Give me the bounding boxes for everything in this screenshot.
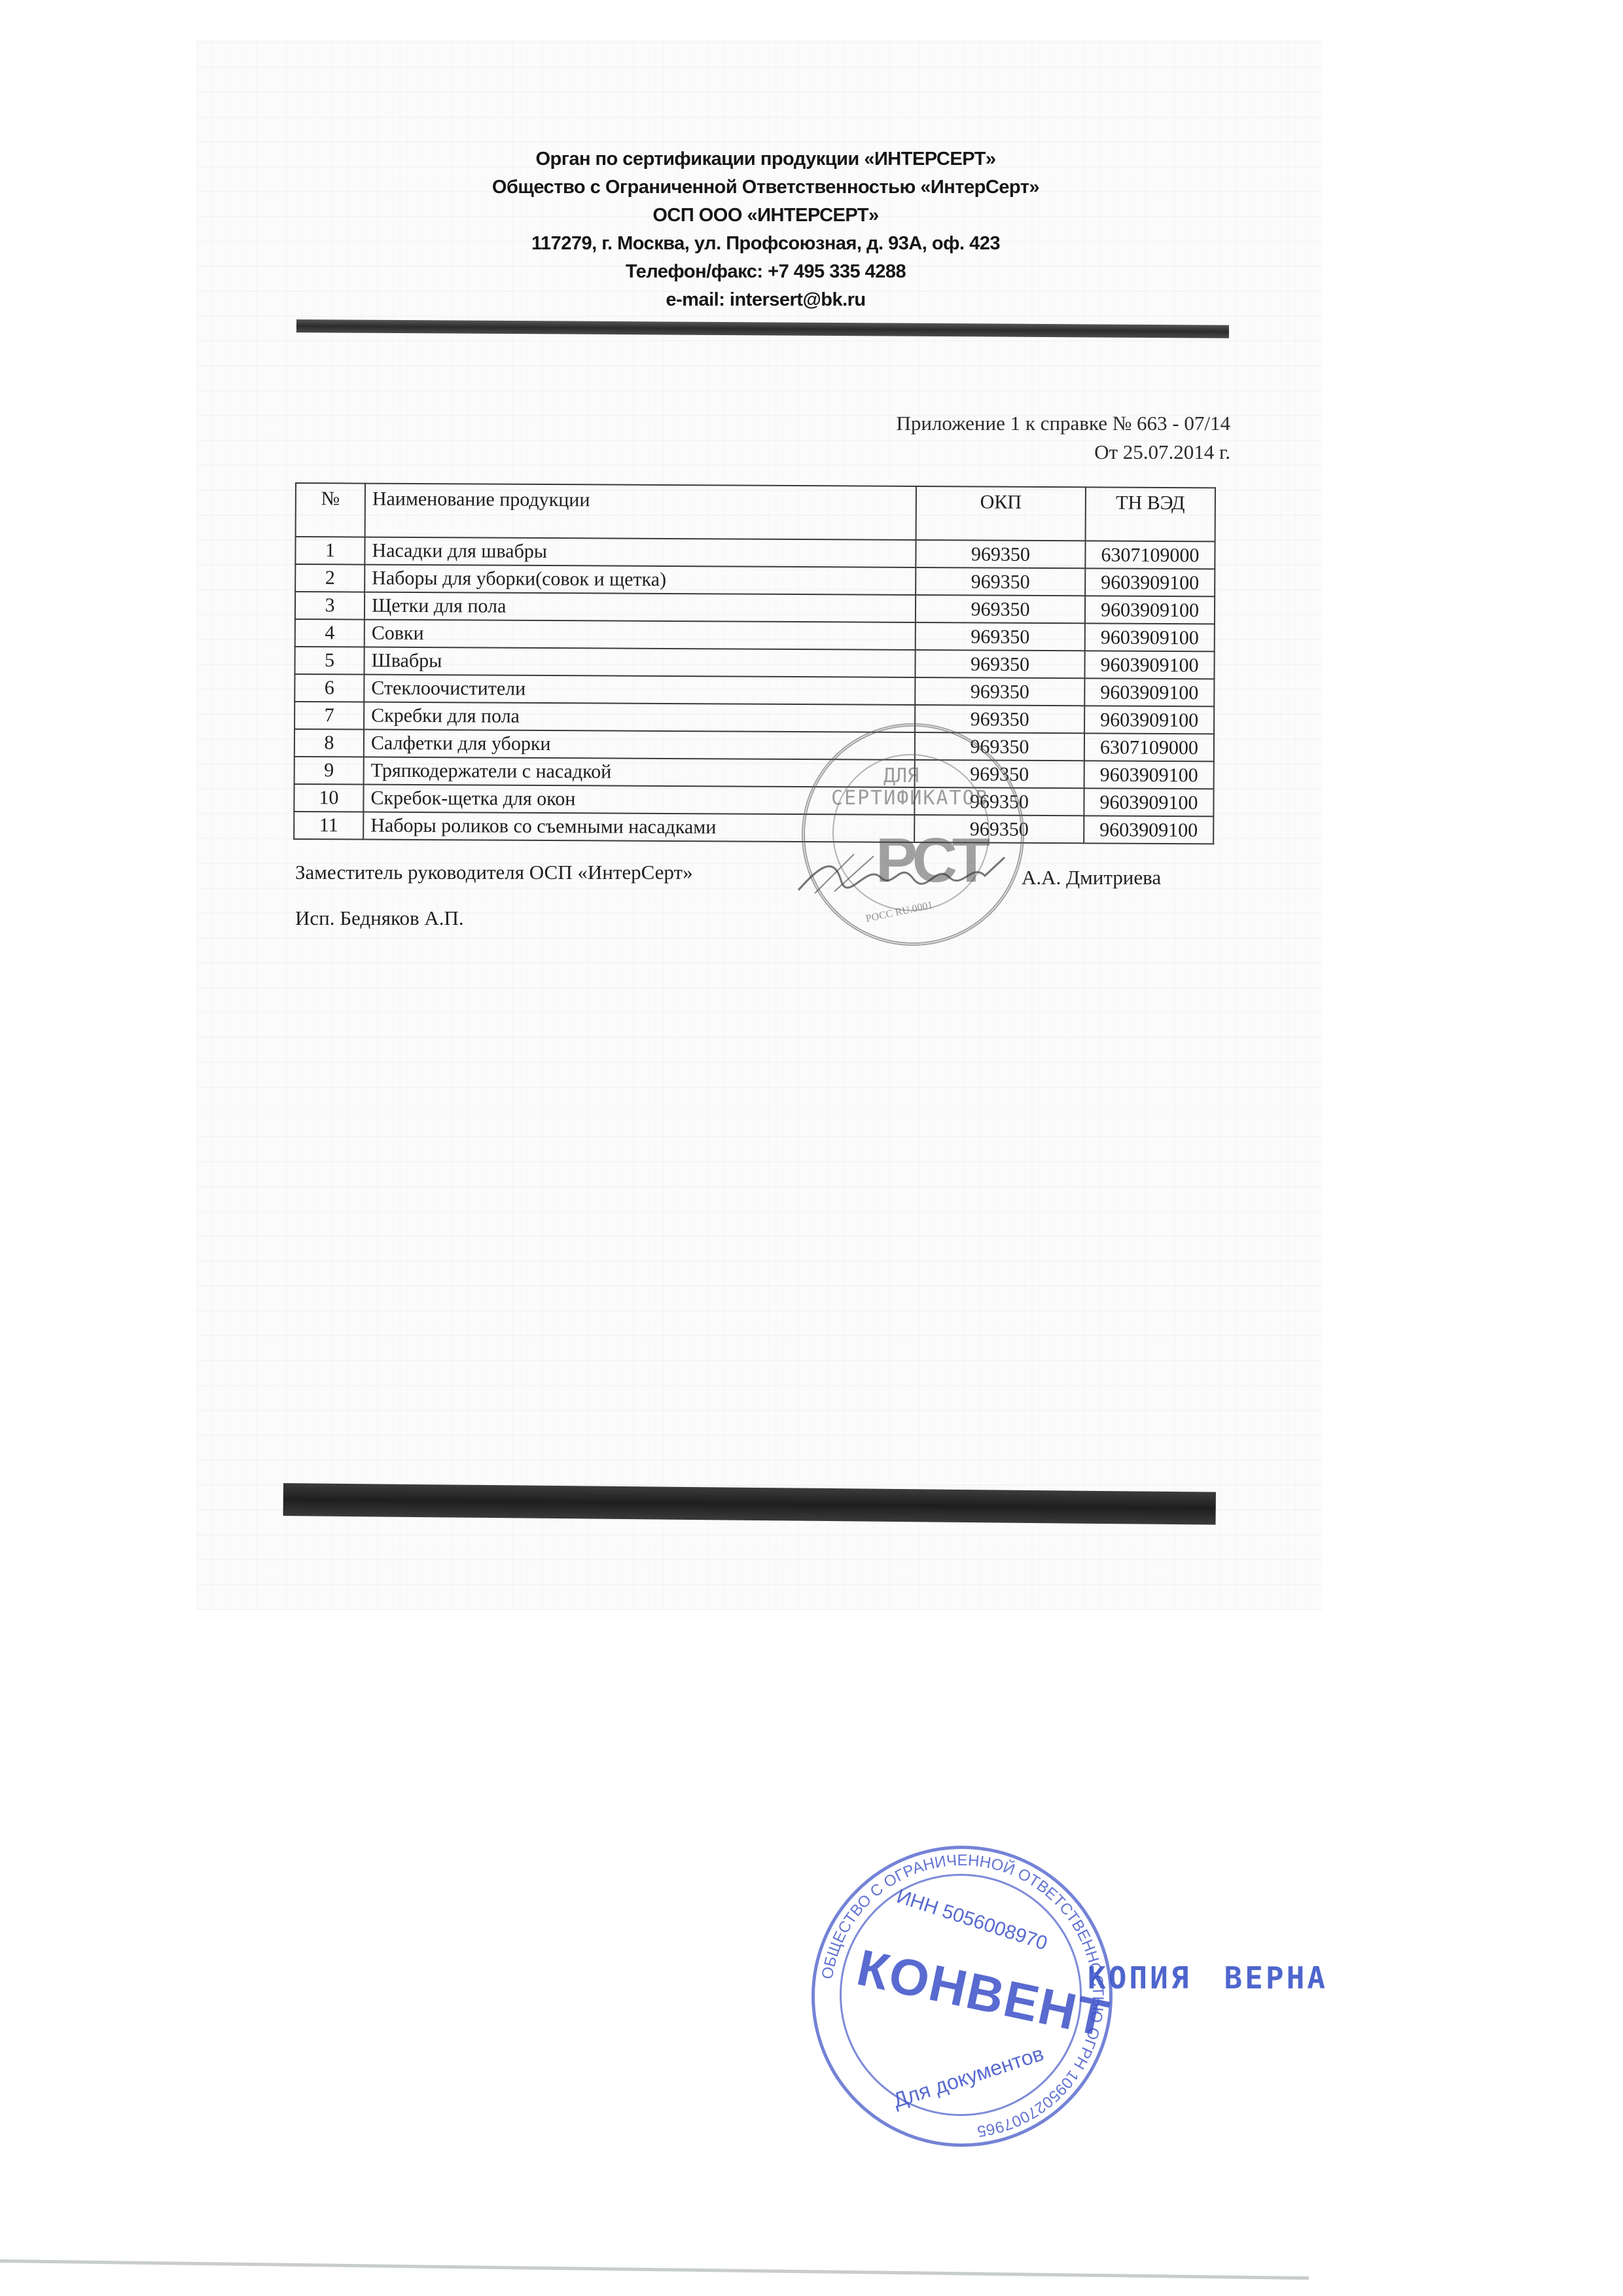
row-number: 8 (294, 729, 364, 757)
table-row: 5Швабры9693509603909100 (294, 647, 1214, 679)
tnved-code: 9603909100 (1085, 623, 1215, 651)
col-header-okp: ОКП (916, 486, 1086, 541)
row-number: 3 (295, 592, 365, 620)
row-number: 2 (295, 564, 365, 592)
products-table: № Наименование продукции ОКП ТН ВЭД 1Нас… (293, 482, 1216, 844)
executor: Исп. Бедняков А.П. (295, 906, 464, 930)
signatory-role: Заместитель руководителя ОСП «ИнтерСерт» (295, 861, 693, 884)
row-number: 11 (294, 812, 363, 840)
col-header-name: Наименование продукции (365, 484, 916, 540)
letterhead-line-company: Общество с Ограниченной Ответственностью… (393, 173, 1139, 202)
tnved-code: 9603909100 (1085, 568, 1215, 596)
product-name: Скребки для пола (364, 702, 915, 732)
product-name: Наборы для уборки(совок и щетка) (365, 565, 916, 595)
appendix-heading: Приложение 1 к справке № 663 - 07/14 От … (896, 409, 1230, 467)
signatory-name: А.А. Дмитриева (1022, 866, 1161, 889)
copy-certified-mark: КОПИЯВЕРНА (1088, 1960, 1328, 1996)
col-header-number: № (296, 483, 365, 537)
okp-code: 969350 (916, 567, 1085, 596)
okp-code: 969350 (916, 595, 1085, 623)
table-row: 9Тряпкодержатели с насадкой9693509603909… (294, 757, 1214, 789)
tnved-code: 9603909100 (1084, 678, 1214, 706)
col-header-tnved: ТН ВЭД (1086, 487, 1215, 541)
okp-code: 969350 (915, 677, 1084, 706)
company-stamp-icon: ОБЩЕСТВО С ОГРАНИЧЕННОЙ ОТВЕТСТВЕННОСТЬЮ… (811, 1846, 1113, 2147)
handwritten-signature-icon (795, 851, 1011, 897)
appendix-title: Приложение 1 к справке № 663 - 07/14 (896, 409, 1230, 438)
seal-text-line2: СЕРТИФИКАТОВ (831, 787, 989, 810)
table-row: 3Щетки для пола9693509603909100 (295, 592, 1215, 624)
scan-edge (0, 2259, 1309, 2280)
table-row: 4Совки9693509603909100 (295, 619, 1215, 651)
table-row: 1Насадки для швабры9693506307109000 (295, 537, 1215, 569)
okp-code: 969350 (915, 650, 1084, 678)
table-header-row: № Наименование продукции ОКП ТН ВЭД (296, 483, 1215, 541)
tnved-code: 9603909100 (1084, 761, 1214, 789)
seal-text-line1: ДЛЯ (883, 764, 919, 787)
product-name: Совки (365, 620, 916, 650)
okp-code: 969350 (916, 622, 1085, 651)
tnved-code: 9603909100 (1084, 816, 1213, 844)
row-number: 7 (294, 702, 364, 730)
product-name: Насадки для швабры (365, 537, 916, 567)
row-number: 6 (294, 674, 364, 702)
letterhead: Орган по сертификации продукции «ИНТЕРСЕ… (393, 145, 1139, 314)
table-row: 7Скребки для пола9693509603909100 (294, 702, 1214, 734)
row-number: 10 (294, 784, 363, 812)
row-number: 5 (294, 647, 364, 675)
product-name: Салфетки для уборки (364, 730, 915, 760)
okp-code: 969350 (916, 540, 1085, 568)
tnved-code: 6307109000 (1084, 733, 1214, 761)
tnved-code: 9603909100 (1084, 788, 1213, 816)
row-number: 1 (295, 537, 365, 565)
product-name: Стеклоочистители (364, 675, 915, 705)
tnved-code: 9603909100 (1084, 706, 1214, 734)
certification-seal-icon: ДЛЯ СЕРТИФИКАТОВ РСТ РОСС RU.0001 (802, 723, 1024, 946)
row-number: 9 (294, 757, 364, 785)
table-row: 6Стеклоочистители9693509603909100 (294, 674, 1214, 706)
row-number: 4 (295, 619, 365, 647)
product-name: Щетки для пола (365, 592, 916, 622)
table-row: 11Наборы роликов со съемными насадками96… (294, 812, 1213, 844)
table-body: 1Насадки для швабры96935063071090002Набо… (294, 537, 1215, 844)
product-name: Швабры (364, 647, 915, 677)
letterhead-line-phone: Телефон/факс: +7 495 335 4288 (393, 258, 1139, 286)
letterhead-line-address: 117279, г. Москва, ул. Профсоюзная, д. 9… (393, 230, 1139, 258)
table-row: 10Скребок-щетка для окон9693509603909100 (294, 784, 1213, 816)
letterhead-line-branch: ОСП ООО «ИНТЕРСЕРТ» (393, 202, 1139, 230)
tnved-code: 6307109000 (1085, 541, 1215, 569)
tnved-code: 9603909100 (1085, 596, 1215, 624)
letterhead-line-org: Орган по сертификации продукции «ИНТЕРСЕ… (393, 145, 1139, 173)
letterhead-line-email: e-mail: intersert@bk.ru (393, 286, 1139, 314)
appendix-date: От 25.07.2014 г. (896, 438, 1230, 467)
true-word: ВЕРНА (1224, 1960, 1327, 1996)
table-row: 2Наборы для уборки(совок и щетка)9693509… (295, 564, 1215, 596)
tnved-code: 9603909100 (1084, 651, 1214, 679)
copy-word: КОПИЯ (1088, 1960, 1191, 1996)
table-row: 8Салфетки для уборки9693506307109000 (294, 729, 1214, 761)
